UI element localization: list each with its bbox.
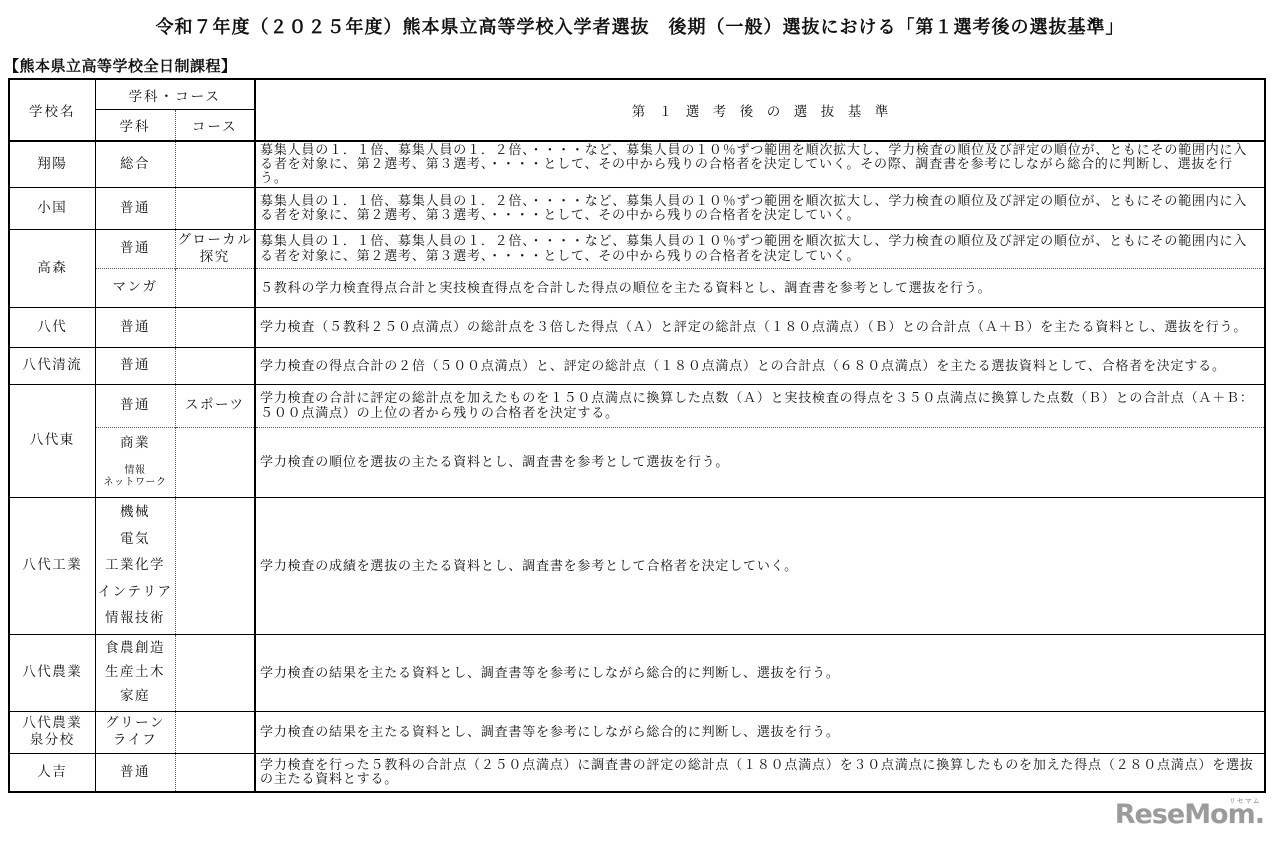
criteria-cell: 学力検査を行った５教科の合計点（２５０点満点）に調査書の評定の総計点（１８０点満…: [255, 753, 1264, 791]
table-row: 人吉普通学力検査を行った５教科の合計点（２５０点満点）に調査書の評定の総計点（１…: [10, 753, 1264, 791]
school-name-cell: 翔陽: [10, 141, 95, 187]
department-entry: 機械: [120, 504, 150, 521]
criteria-cell: 学力検査の順位を選抜の主たる資料とし、調査書を参考として選抜を行う。: [255, 427, 1264, 497]
department-entry: インテリア: [98, 584, 173, 601]
school-name-cell: 八代清流: [10, 347, 95, 384]
selection-criteria-table-container: 学校名 学科・コース 第 １ 選 考 後 の 選 抜 基 準 学科 コース 翔陽…: [8, 78, 1266, 793]
header-dept: 学科: [95, 110, 175, 142]
department-cell: 普通: [95, 753, 175, 791]
course-cell: [175, 497, 255, 634]
criteria-cell: 学力検査の得点合計の２倍（５００点満点）と、評定の総計点（１８０点満点）との合計…: [255, 347, 1264, 384]
school-name-cell: 八代農業泉分校: [10, 711, 95, 753]
selection-criteria-table: 学校名 学科・コース 第 １ 選 考 後 の 選 抜 基 準 学科 コース 翔陽…: [10, 80, 1264, 791]
department-name: 普通: [96, 764, 175, 781]
table-header: 学校名 学科・コース 第 １ 選 考 後 の 選 抜 基 準 学科 コース: [10, 80, 1264, 141]
school-name: 泉分校: [10, 732, 95, 749]
criteria-cell: 学力検査の成績を選抜の主たる資料とし、調査書を参考として合格者を決定していく。: [255, 497, 1264, 634]
course-cell: [175, 753, 255, 791]
criteria-cell: 募集人員の１．１倍、募集人員の１．２倍、・・・・など、募集人員の１０％ずつ範囲を…: [255, 229, 1264, 268]
school-name: 小国: [10, 200, 95, 217]
department-entry: 普通: [96, 764, 175, 781]
department-cell-stack: 食農創造生産土木家庭: [96, 636, 175, 709]
department-name: ライフ: [96, 732, 175, 749]
department-cell-stack: 機械電気工業化学インテリア情報技術: [96, 499, 175, 632]
department-cell: 機械電気工業化学インテリア情報技術: [95, 497, 175, 634]
department-entry: 商業: [120, 435, 150, 452]
department-name: 電気: [120, 531, 150, 548]
section-label: 【熊本県立高等学校全日制課程】: [4, 55, 237, 76]
resemom-logo: リセマム ReseMom.: [1115, 799, 1264, 830]
header-criteria: 第 １ 選 考 後 の 選 抜 基 準: [255, 80, 1264, 141]
resemom-logo-ruby: リセマム: [1229, 796, 1261, 805]
department-entry: 普通: [96, 357, 175, 374]
department-entry: 食農創造: [105, 640, 165, 657]
course-cell: [175, 711, 255, 753]
course-name: グローカル: [176, 232, 255, 249]
department-name: 総合: [96, 156, 175, 173]
course-cell: [175, 268, 255, 307]
department-cell: 商業情報ネットワーク: [95, 427, 175, 497]
table-row: 八代農業泉分校グリーンライフ学力検査の結果を主たる資料とし、調査書等を参考にしな…: [10, 711, 1264, 753]
department-name: 食農創造: [105, 640, 165, 657]
department-cell-stack: 普通: [96, 240, 175, 257]
department-name: ネットワーク: [104, 477, 167, 489]
department-cell-stack: 商業情報ネットワーク: [96, 429, 175, 495]
criteria-cell: 学力検査の結果を主たる資料とし、調査書等を参考にしながら総合的に判断し、選抜を行…: [255, 711, 1264, 753]
header-course: コース: [175, 110, 255, 142]
school-name-cell: 八代農業: [10, 634, 95, 711]
department-name: 家庭: [120, 688, 150, 705]
course-cell: [175, 307, 255, 347]
criteria-cell: 募集人員の１．１倍、募集人員の１．２倍、・・・・など、募集人員の１０％ずつ範囲を…: [255, 187, 1264, 229]
department-cell: 普通: [95, 384, 175, 427]
department-name: 普通: [96, 397, 175, 414]
school-name: 八代東: [10, 432, 95, 449]
page-title: 令和７年度（２０２５年度）熊本県立高等学校入学者選抜 後期（一般）選抜における「…: [0, 13, 1280, 39]
course-cell-stack: グローカル探究: [176, 232, 255, 266]
department-cell: 普通: [95, 187, 175, 229]
criteria-cell: 学力検査（５教科２５０点満点）の総計点を３倍した得点（Ａ）と評定の総計点（１８０…: [255, 307, 1264, 347]
department-entry: 工業化学: [105, 557, 165, 574]
header-school-name: 学校名: [10, 80, 95, 141]
school-name: 八代清流: [10, 357, 95, 374]
department-cell: 食農創造生産土木家庭: [95, 634, 175, 711]
school-name: 八代: [10, 319, 95, 336]
header-dept-course: 学科・コース: [95, 80, 255, 110]
department-name: 普通: [96, 319, 175, 336]
course-name: 探究: [176, 249, 255, 266]
department-name: 商業: [120, 435, 150, 452]
department-name: 普通: [96, 240, 175, 257]
table-row: 八代普通学力検査（５教科２５０点満点）の総計点を３倍した得点（Ａ）と評定の総計点…: [10, 307, 1264, 347]
department-name: 情報技術: [105, 610, 165, 627]
department-entry: 総合: [96, 156, 175, 173]
school-name: 人吉: [10, 764, 95, 781]
department-entry: 生産土木: [105, 664, 165, 681]
table-row: 八代工業機械電気工業化学インテリア情報技術学力検査の成績を選抜の主たる資料とし、…: [10, 497, 1264, 634]
department-cell-stack: 普通: [96, 357, 175, 374]
school-name-cell: 八代工業: [10, 497, 95, 634]
school-name-cell: 小国: [10, 187, 95, 229]
criteria-cell: 学力検査の結果を主たる資料とし、調査書等を参考にしながら総合的に判断し、選抜を行…: [255, 634, 1264, 711]
document-page: 令和７年度（２０２５年度）熊本県立高等学校入学者選抜 後期（一般）選抜における「…: [0, 0, 1280, 845]
course-name: スポーツ: [176, 397, 255, 414]
course-cell-stack: スポーツ: [176, 397, 255, 414]
department-entry: 普通: [96, 319, 175, 336]
department-entry: 情報ネットワーク: [104, 465, 167, 489]
department-entry: 家庭: [120, 688, 150, 705]
course-cell: [175, 634, 255, 711]
department-entry: 普通: [96, 240, 175, 257]
department-cell: 総合: [95, 141, 175, 187]
course-entry: グローカル探究: [176, 232, 255, 266]
criteria-cell: 学力検査の合計に評定の総計点を加えたものを１５０点満点に換算した点数（Ａ）と実技…: [255, 384, 1264, 427]
school-name: 翔陽: [10, 156, 95, 173]
table-row: マンガ５教科の学力検査得点合計と実技検査得点を合計した得点の順位を主たる資料とし…: [10, 268, 1264, 307]
school-name: 八代農業: [10, 715, 95, 732]
course-cell: スポーツ: [175, 384, 255, 427]
table-row: 八代清流普通学力検査の得点合計の２倍（５００点満点）と、評定の総計点（１８０点満…: [10, 347, 1264, 384]
department-name: 普通: [96, 200, 175, 217]
course-cell: [175, 427, 255, 497]
table-row: 八代東普通スポーツ学力検査の合計に評定の総計点を加えたものを１５０点満点に換算し…: [10, 384, 1264, 427]
department-cell-stack: 総合: [96, 156, 175, 173]
department-cell: 普通: [95, 307, 175, 347]
course-cell: [175, 187, 255, 229]
department-name: インテリア: [98, 584, 173, 601]
department-name: 普通: [96, 357, 175, 374]
department-entry: 電気: [120, 531, 150, 548]
department-cell-stack: 普通: [96, 397, 175, 414]
course-entry: スポーツ: [176, 397, 255, 414]
department-cell-stack: マンガ: [96, 279, 175, 296]
department-entry: マンガ: [96, 279, 175, 296]
department-name: 機械: [120, 504, 150, 521]
table-row: 八代農業食農創造生産土木家庭学力検査の結果を主たる資料とし、調査書等を参考にしな…: [10, 634, 1264, 711]
table-row: 翔陽総合募集人員の１．１倍、募集人員の１．２倍、・・・・など、募集人員の１０％ず…: [10, 141, 1264, 187]
department-cell-stack: グリーンライフ: [96, 715, 175, 749]
department-entry: 普通: [96, 200, 175, 217]
course-cell: [175, 347, 255, 384]
table-body: 翔陽総合募集人員の１．１倍、募集人員の１．２倍、・・・・など、募集人員の１０％ず…: [10, 141, 1264, 791]
department-entry: グリーンライフ: [96, 715, 175, 749]
department-cell: 普通: [95, 347, 175, 384]
department-cell: マンガ: [95, 268, 175, 307]
department-name: 生産土木: [105, 664, 165, 681]
school-name-cell: 人吉: [10, 753, 95, 791]
course-cell: [175, 141, 255, 187]
course-cell: グローカル探究: [175, 229, 255, 268]
department-name: マンガ: [96, 279, 175, 296]
school-name: 八代工業: [10, 557, 95, 574]
department-name: 工業化学: [105, 557, 165, 574]
department-entry: 情報技術: [105, 610, 165, 627]
department-name: 情報: [104, 465, 167, 477]
table-row: 商業情報ネットワーク学力検査の順位を選抜の主たる資料とし、調査書を参考として選抜…: [10, 427, 1264, 497]
department-cell-stack: 普通: [96, 764, 175, 781]
school-name-cell: 八代東: [10, 384, 95, 497]
table-row: 高森普通グローカル探究募集人員の１．１倍、募集人員の１．２倍、・・・・など、募集…: [10, 229, 1264, 268]
department-name: グリーン: [96, 715, 175, 732]
table-row: 小国普通募集人員の１．１倍、募集人員の１．２倍、・・・・など、募集人員の１０％ず…: [10, 187, 1264, 229]
criteria-cell: ５教科の学力検査得点合計と実技検査得点を合計した得点の順位を主たる資料とし、調査…: [255, 268, 1264, 307]
school-name-cell: 高森: [10, 229, 95, 307]
department-cell: グリーンライフ: [95, 711, 175, 753]
department-cell-stack: 普通: [96, 319, 175, 336]
department-cell-stack: 普通: [96, 200, 175, 217]
school-name: 高森: [10, 260, 95, 277]
department-cell: 普通: [95, 229, 175, 268]
school-name: 八代農業: [10, 664, 95, 681]
department-entry: 普通: [96, 397, 175, 414]
criteria-cell: 募集人員の１．１倍、募集人員の１．２倍、・・・・など、募集人員の１０％ずつ範囲を…: [255, 141, 1264, 187]
school-name-cell: 八代: [10, 307, 95, 347]
